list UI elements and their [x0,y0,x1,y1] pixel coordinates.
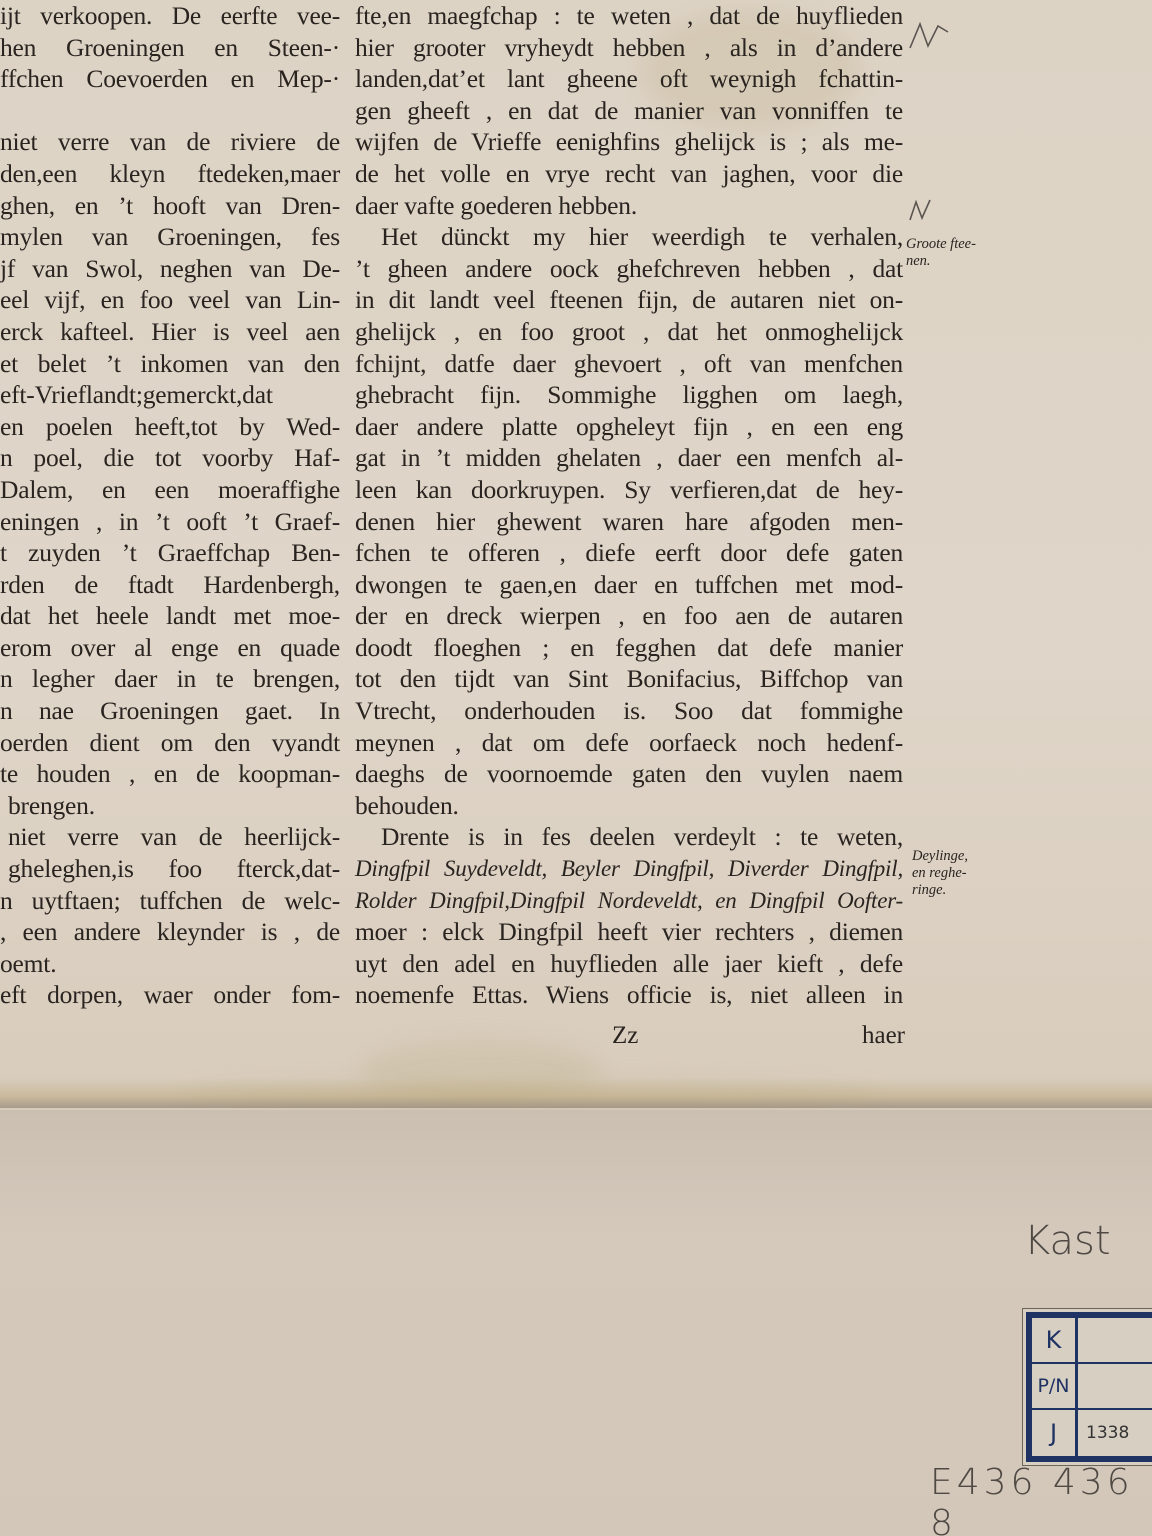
text-line: rden de ftadt Hardenbergh, [0,569,340,601]
text-line: daeghs de voornoemde gaten den vuylen na… [355,758,903,790]
text-line: fchen te offeren , diefe eerft door defe… [355,537,903,569]
text-line: in dit landt veel fteenen fijn, de autar… [355,284,903,316]
text-line: ’t gheen andere oock ghefchreven hebben … [355,253,903,285]
text-line: n poel, die tot voorby Haf- [0,442,340,474]
text-line: meynen , dat om defe oorfaeck noch heden… [355,727,903,759]
text-line: Vtrecht, onderhouden is. Soo dat fommigh… [355,695,903,727]
text-line: erck kafteel. Hier is veel aen [0,316,340,348]
signature-mark: Zz [612,1020,638,1051]
margin-note-line: en reghe- [912,865,968,882]
text-line: hen Groeningen en Steen-· [0,32,340,64]
stamp-value-j: 1338 [1078,1410,1152,1456]
text-line: denen hier ghewent waren hare afgoden me… [355,506,903,538]
text-line: dwongen te gaen,en daer en tuffchen met … [355,569,903,601]
text-line: der en dreck wierpen , en foo aen de aut… [355,600,903,632]
text-line: gheleghen,is foo fterck,dat- [0,853,340,885]
text-line: eft dorpen, waer onder fom- [0,979,340,1011]
printed-page: ijt verkoopen. De eerfte vee- hen Groeni… [0,0,1152,1110]
text-line: niet verre van de riviere de [0,126,340,158]
margin-note-groote-steenen: Groote ftee- nen. [906,236,976,270]
text-line: n uytftaen; tuffchen de welc- [0,885,340,917]
text-line: ghebracht fijn. Sommighe ligghen om laeg… [355,379,903,411]
margin-note-line: nen. [906,253,976,270]
margin-note-deylinge: Deylinge, en reghe- ringe. [912,848,968,899]
pencil-checkmark-icon [908,196,936,224]
text-line: ghen, en ’t hooft van Dren- [0,190,340,222]
text-line: et belet ’t inkomen van den [0,348,340,380]
text-line: eningen , in ’t ooft ’t Graef- [0,506,340,538]
handwritten-inventory-number: E436 436 8 [930,1462,1152,1536]
stamp-label-pn: P/N [1032,1364,1078,1410]
pencil-checkmark-icon [908,18,952,52]
text-line: daer andere platte opgheleyt fijn , en e… [355,411,903,443]
handwritten-label-kast: Kast [1024,1218,1111,1264]
archive-stamp: K P/N J 1338 [1022,1308,1152,1466]
text-line: moer : elck Dingfpil heeft vier rechters… [355,916,903,948]
stamp-value-pn [1078,1364,1152,1410]
text-line: dat het heele landt met moe- [0,600,340,632]
text-line: leen kan doorkruypen. Sy verfieren,dat d… [355,474,903,506]
text-line: eel vijf, en foo veel van Lin- [0,284,340,316]
text-line: noemenfe Ettas. Wiens officie is, niet a… [355,979,903,1011]
text-line: eft-Vrieflandt;gemerckt,dat [0,379,340,411]
archival-mount: Kast E436 436 8 [0,1110,1152,1536]
text-line: en poelen heeft,tot by Wed- [0,411,340,443]
text-line: fte,en maegfchap : te weten , dat de huy… [355,0,903,32]
left-text-column: ijt verkoopen. De eerfte vee- hen Groeni… [0,0,340,1011]
text-line: uyt den adel en huyflieden alle jaer kie… [355,948,903,980]
text-line: n nae Groeningen gaet. In [0,695,340,727]
text-line: hier grooter vryheydt hebben , als in d’… [355,32,903,64]
text-line: behouden. [355,790,903,822]
margin-note-line: Groote ftee- [906,236,976,253]
margin-note-line: ringe. [912,882,968,899]
text-line: oemt. [0,948,340,980]
text-line: ijt verkoopen. De eerfte vee- [0,0,340,32]
text-line: Dalem, en een moeraffighe [0,474,340,506]
text-line: oerden dient om den vyandt [0,727,340,759]
text-line: t zuyden ’t Graeffchap Ben- [0,537,340,569]
stamp-value-k [1078,1318,1152,1364]
italic-text-line: Dingfpil Suydeveldt, Beyler Dingfpil, Di… [355,853,903,885]
text-line-blank [0,95,340,127]
text-line: de het volle en vrye recht van jaghen, v… [355,158,903,190]
stamp-label-k: K [1032,1318,1078,1364]
text-line: jf van Swol, neghen van De- [0,253,340,285]
text-line: daer vafte goederen hebben. [355,190,903,222]
text-line: , een andere kleynder is , de [0,916,340,948]
text-line: landen,dat’et lant gheene oft weynigh fc… [355,63,903,95]
text-line: gen gheeft , en dat de manier van vonnif… [355,95,903,127]
text-line: ghelijck , en foo groot , dat het onmogh… [355,316,903,348]
italic-text-line: Rolder Dingfpil,Dingfpil Nordeveldt, en … [355,885,903,917]
right-text-column: fte,en maegfchap : te weten , dat de huy… [355,0,903,1011]
text-line: mylen van Groeningen, fes [0,221,340,253]
stamp-label-j: J [1032,1410,1078,1456]
text-line: erom over al enge en quade [0,632,340,664]
text-line: te houden , en de koopman- [0,758,340,790]
catchword: haer [862,1020,905,1051]
text-line: brengen. [0,790,340,822]
text-line: den,een kleyn ftedeken,maer [0,158,340,190]
text-line: niet verre van de heerlijck- [0,821,340,853]
paragraph-start-line: Het dünckt my hier weerdigh te verhalen, [355,221,903,253]
text-line: tot den tijdt van Sint Bonifacius, Biffc… [355,663,903,695]
text-line: n legher daer in te brengen, [0,663,340,695]
text-line: wijfen de Vrieffe eenighfins ghelijck is… [355,126,903,158]
text-line: gat in ’t midden ghelaten , daer een men… [355,442,903,474]
text-line: doodt floeghen ; en fegghen dat defe man… [355,632,903,664]
text-line: ffchen Coevoerden en Mep-· [0,63,340,95]
paragraph-start-line: Drente is in fes deelen verdeylt : te we… [355,821,903,853]
text-line: fchijnt, datfe daer ghevoert , oft van m… [355,348,903,380]
margin-note-line: Deylinge, [912,848,968,865]
